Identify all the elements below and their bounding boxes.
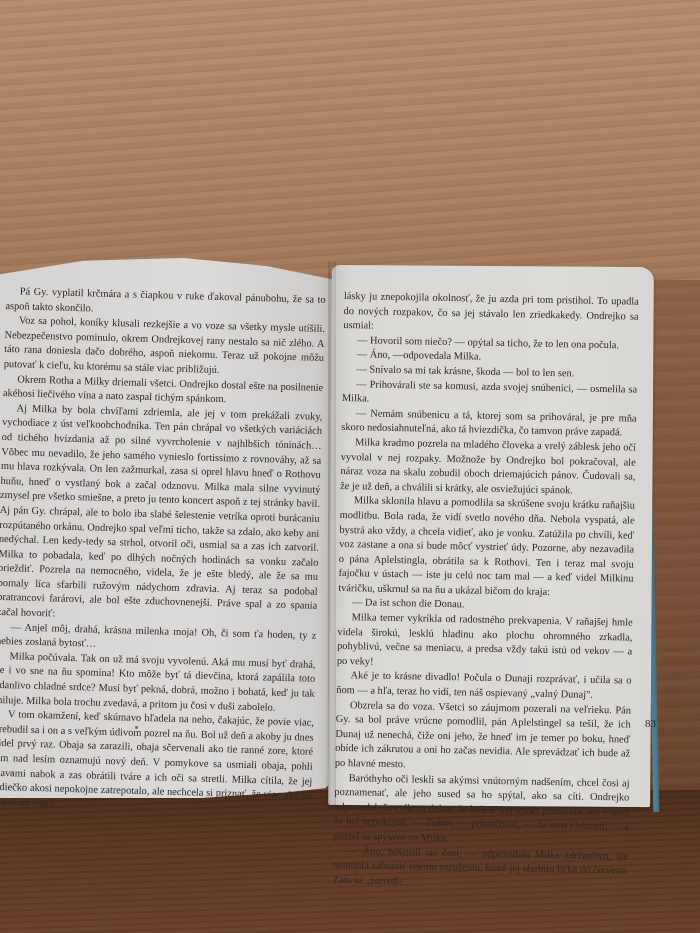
paper-speck (135, 726, 138, 729)
paragraph: Milka temer vykríkla od radostného prekv… (337, 611, 633, 675)
paragraph: Voz sa pohol, koníky klusali rezkejšie a… (4, 314, 326, 381)
paragraph: Aj Milka by bola chvíľami zdriemla, ale … (0, 402, 323, 630)
wooden-table-background (0, 0, 700, 280)
left-page-text: Pá Gy. vyplatil krčmára a s čiapkou v ru… (0, 285, 326, 819)
right-page-text: lásky ju znepokojila okolnosť, že ju azd… (333, 290, 639, 894)
paragraph: Baróthyho oči leskli sa akýmsi vnútorným… (333, 772, 629, 851)
paragraph: V tom okamžení, keď skúmavo hľadela na n… (0, 708, 314, 819)
paragraph: — Áno, hovorili ste čosi, — odpovedala M… (333, 844, 629, 893)
page-number: 83 (645, 718, 656, 730)
paragraph: Milka počúvala. Tak on už má svoju vyvol… (0, 650, 316, 717)
paper-speck (10, 772, 13, 775)
paragraph: lásky ju znepokojila okolnosť, že ju azd… (343, 290, 639, 339)
paragraph: Milka sklonila hlavu a pomodlila sa skrú… (338, 494, 635, 602)
paragraph: Milka kradmo pozrela na mladého človeka … (340, 436, 636, 500)
paragraph: Obzrela sa do voza. Všetci so záujmom po… (335, 699, 631, 778)
